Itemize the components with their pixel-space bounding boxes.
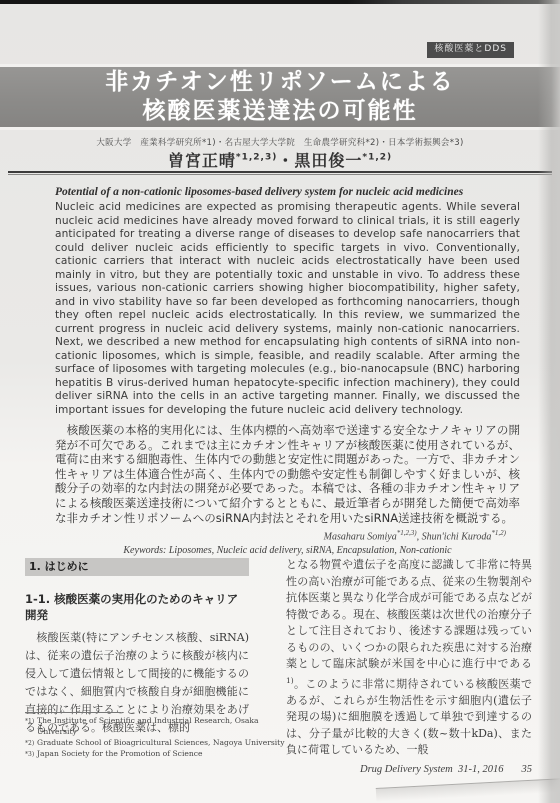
footnote-text: Graduate School of Bioagricultural Scien… [37, 738, 289, 750]
footnotes-block: *1) The Institute of Scientific and Indu… [25, 716, 289, 761]
footnote-text: The Institute of Scientific and Industri… [37, 716, 289, 738]
right-column: となる物質や遺伝子を高度に認識して非常に特異性の高い治療が可能である点、従来の生… [286, 557, 532, 759]
abstract-japanese-body: 核酸医薬の本格的実用化には、生体内標的へ高効率で送達する安全なナノキャリアの開発… [55, 423, 520, 525]
footnote-text: Japan Society for the Promotion of Scien… [37, 749, 289, 761]
author1-english-superscript: *1,2,3) [397, 529, 417, 537]
scan-top-edge [0, 0, 560, 4]
keywords-line: Keywords: Liposomes, Nucleic acid delive… [55, 545, 520, 556]
left-column: 1. はじめに 1-1. 核酸医薬の実用化のためのキャリア開発 核酸医薬(特にア… [25, 558, 249, 737]
footnote-item: *3) Japan Society for the Promotion of S… [25, 749, 289, 761]
reference-marker-1: 1) [286, 676, 294, 685]
author2-superscript: *1,2) [362, 153, 392, 163]
footnote-divider-rule [25, 712, 121, 713]
page-number: 35 [522, 764, 533, 775]
author1-english: Masaharu Somiya [324, 531, 397, 542]
article-title-line1: 非カチオン性リポソームによる [105, 68, 455, 97]
right-column-paragraph: となる物質や遺伝子を高度に認識して非常に特異性の高い治療が可能である点、従来の生… [286, 557, 532, 759]
author2-english-superscript: *1,2) [491, 529, 506, 537]
author-separator: ・ [277, 151, 294, 170]
authors-english: Masaharu Somiya*1,2,3), Shun'ichi Kuroda… [55, 529, 520, 542]
abstract-english-title: Potential of a non-cationic liposomes-ba… [55, 186, 520, 198]
author1-superscript: *1,2,3) [236, 153, 277, 163]
article-title-line2: 核酸医薬送達法の可能性 [143, 97, 418, 126]
footnote-marker: *3) [25, 749, 37, 761]
authors-japanese: 曽宮正晴*1,2,3)・黒田俊一*1,2) [0, 148, 560, 171]
affiliation-line: 大阪大学 産業科学研究所*1)・名古屋大学大学院 生命農学研究科*2)・日本学術… [0, 136, 560, 148]
footnote-marker: *2) [25, 738, 37, 750]
subsection-heading: 1-1. 核酸医薬の実用化のためのキャリア開発 [25, 591, 249, 623]
journal-issue: 31-1, 2016 [458, 764, 504, 775]
scanned-paper-page: 核酸医薬とDDS 非カチオン性リポソームによる 核酸医薬送達法の可能性 大阪大学… [0, 0, 560, 803]
header-divider-rule [8, 171, 552, 175]
abstract-block: Potential of a non-cationic liposomes-ba… [55, 186, 520, 556]
footnote-item: *2) Graduate School of Bioagricultural S… [25, 738, 289, 750]
category-tag: 核酸医薬とDDS [427, 42, 514, 58]
author2-name: 黒田俊一 [294, 151, 362, 170]
article-title-banner: 非カチオン性リポソームによる 核酸医薬送達法の可能性 [0, 64, 560, 130]
page-footer: Drug Delivery System 31-1, 201635 [286, 764, 532, 775]
footnote-marker: *1) [25, 716, 37, 738]
scan-bottom-edge [376, 778, 560, 802]
author2-english: Shun'ichi Kuroda [422, 531, 492, 542]
footnote-item: *1) The Institute of Scientific and Indu… [25, 716, 289, 738]
right-paragraph-part1: となる物質や遺伝子を高度に認識して非常に特異性の高い治療が可能である点、従来の生… [286, 558, 532, 670]
author1-name: 曽宮正晴 [168, 151, 236, 170]
right-paragraph-part2: 。このように非常に期待されている核酸医薬であるが、これらが生物活性を示す細胞内(… [286, 677, 532, 756]
scan-right-shadow [538, 0, 560, 803]
journal-name: Drug Delivery System [360, 764, 453, 775]
abstract-english-body: Nucleic acid medicines are expected as p… [55, 201, 520, 417]
section-heading: 1. はじめに [25, 558, 249, 576]
